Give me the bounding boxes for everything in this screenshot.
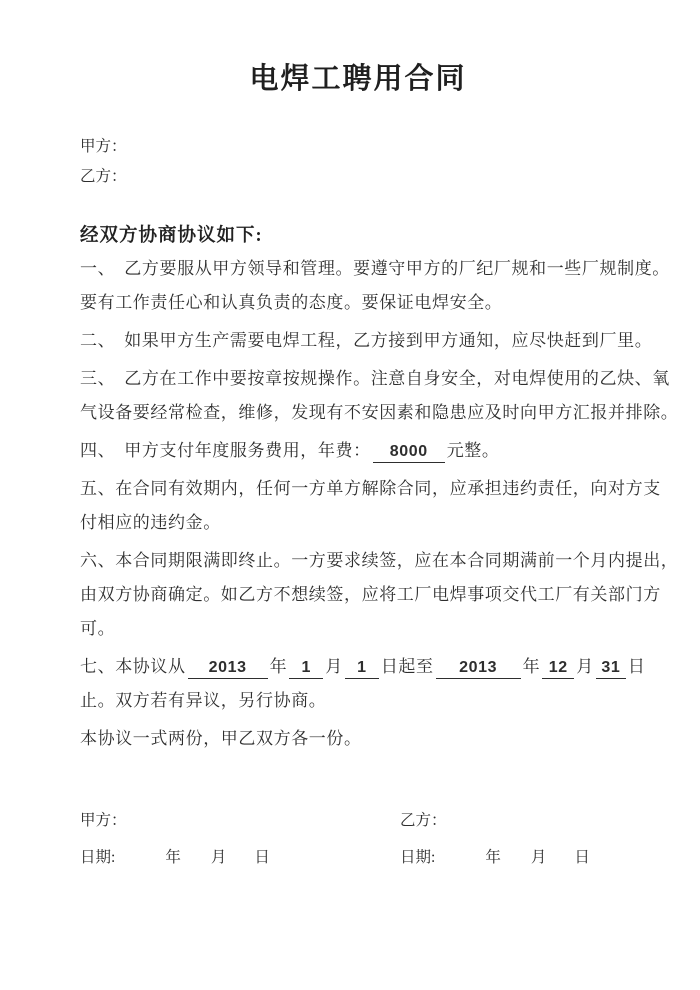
clause-5-line-1: 五、在合同有效期内，任何一方单方解除合同，应承担违约责任，向对方支 [80,472,636,506]
signature-name-row: 甲方： 乙方： [80,806,636,836]
clause-6-line-1: 六、本合同期限满即终止。一方要求续签，应在本合同期满前一个月内提出， [80,544,636,578]
party-a-day-label: 日 [254,849,270,866]
section-heading: 经双方协商协议如下: [80,224,636,248]
clause-3-line-2: 气设备要经常检查，维修，发现有不安因素和隐患应及时向甲方汇报并排除。 [80,396,636,430]
clause-1: 一、 乙方要服从甲方领导和管理。要遵守甲方的厂纪厂规和一些厂规制度。 要有工作责… [80,252,636,320]
end-day-blank: 31 [596,658,626,679]
party-a-year-label: 年 [165,849,181,866]
clause-4-prefix: 四、 甲方支付年度服务费用，年费： [80,441,371,460]
signature-block: 甲方： 乙方： 日期:年月日 日期:年月日 [80,806,636,873]
clause-4-line-1: 四、 甲方支付年度服务费用，年费：8000元整。 [80,434,636,468]
clause-4: 四、 甲方支付年度服务费用，年费：8000元整。 [80,434,636,468]
party-b-date-line: 日期:年月日 [400,843,636,873]
clause-5-line-2: 付相应的违约金。 [80,506,636,540]
clause-4-suffix: 元整。 [447,441,500,460]
party-a-line: 甲方： [80,132,636,162]
clause-1-line-1: 一、 乙方要服从甲方领导和管理。要遵守甲方的厂纪厂规和一些厂规制度。 [80,252,636,286]
parties-block: 甲方： 乙方： [80,132,636,192]
clause-7: 七、本协议从2013年1月1日起至2013年12月31日 止。双方若有异议，另行… [80,650,636,718]
clause-7-prefix: 七、本协议从 [80,657,186,676]
party-b-day-label: 日 [574,849,590,866]
start-year-blank: 2013 [188,658,268,679]
contract-page: 电焊工聘用合同 甲方： 乙方： 经双方协商协议如下: 一、 乙方要服从甲方领导和… [0,0,700,990]
start-month-unit: 月 [325,657,343,676]
clause-3-line-1: 三、 乙方在工作中要按章按规操作。注意自身安全，对电焊使用的乙炔、氧 [80,362,636,396]
signature-date-row: 日期:年月日 日期:年月日 [80,843,636,873]
clause-2: 二、 如果甲方生产需要电焊工程，乙方接到甲方通知，应尽快赶到厂里。 [80,324,636,358]
clauses-block: 一、 乙方要服从甲方领导和管理。要遵守甲方的厂纪厂规和一些厂规制度。 要有工作责… [80,252,636,756]
document-title: 电焊工聘用合同 [80,58,636,100]
start-month-blank: 1 [289,658,323,679]
end-month-blank: 12 [542,658,574,679]
closing-line: 本协议一式两份，甲乙双方各一份。 [80,722,636,756]
start-day-blank: 1 [345,658,379,679]
party-b-year-label: 年 [485,849,501,866]
party-a-date-label: 日期: [80,849,115,866]
start-year-unit: 年 [270,657,288,676]
party-a-date-line: 日期:年月日 [80,843,400,873]
party-b-signature-label: 乙方： [400,806,636,836]
closing-clause: 本协议一式两份，甲乙双方各一份。 [80,722,636,756]
clause-6-line-2: 由双方协商确定。如乙方不想续签，应将工厂电焊事项交代工厂有关部门方 [80,578,636,612]
party-a-month-label: 月 [211,849,227,866]
clause-7-mid: 日起至 [381,657,434,676]
party-b-line: 乙方： [80,162,636,192]
end-month-unit: 月 [576,657,594,676]
party-a-signature-label: 甲方： [80,806,400,836]
clause-7-line-1: 七、本协议从2013年1月1日起至2013年12月31日 [80,650,636,684]
end-year-unit: 年 [523,657,541,676]
clause-1-line-2: 要有工作责任心和认真负责的态度。要保证电焊安全。 [80,286,636,320]
clause-7-line-2: 止。双方若有异议，另行协商。 [80,684,636,718]
end-day-unit: 日 [628,657,646,676]
party-b-month-label: 月 [531,849,547,866]
end-year-blank: 2013 [436,658,521,679]
clause-5: 五、在合同有效期内，任何一方单方解除合同，应承担违约责任，向对方支 付相应的违约… [80,472,636,540]
clause-2-line-1: 二、 如果甲方生产需要电焊工程，乙方接到甲方通知，应尽快赶到厂里。 [80,324,636,358]
clause-3: 三、 乙方在工作中要按章按规操作。注意自身安全，对电焊使用的乙炔、氧 气设备要经… [80,362,636,430]
annual-fee-blank: 8000 [373,442,445,463]
clause-6: 六、本合同期限满即终止。一方要求续签，应在本合同期满前一个月内提出， 由双方协商… [80,544,636,646]
clause-6-line-3: 可。 [80,612,636,646]
party-b-date-label: 日期: [400,849,435,866]
